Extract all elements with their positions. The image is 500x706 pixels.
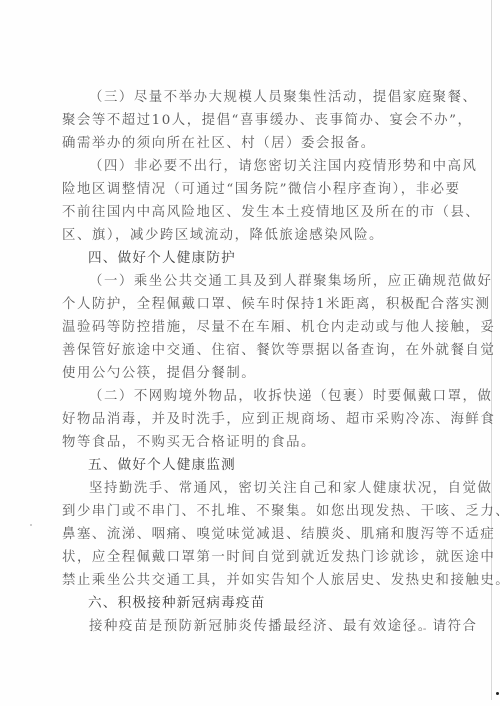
paragraph-line: 鼻塞、流涕、咽痛、嗅觉味觉减退、结膜炎、肌痛和腹泻等不适症 bbox=[62, 523, 450, 546]
paragraph-line: 使用公勺公筷，提倡分餐制。 bbox=[62, 362, 450, 385]
paragraph-line: （一）乘坐公共交通工具及到人群聚集场所，应正确规范做好 bbox=[62, 270, 450, 293]
paragraph-line: 确需举办的须向所在社区、村（居）委会报备。 bbox=[62, 132, 450, 155]
paragraph-line: 温验码等防控措施，尽量不在车厢、机仓内走动或与他人接触，妥 bbox=[62, 316, 450, 339]
paragraph-line: 到少串门或不串门、不扎堆、不聚集。如您出现发热、干咳、乏力、 bbox=[62, 500, 450, 523]
paragraph-line: 好物品消毒，并及时洗手，应到正规商场、超市采购冷冻、海鲜食 bbox=[62, 408, 450, 431]
section-heading: 四、做好个人健康防护 bbox=[62, 247, 450, 270]
document-page: （三）尽量不举办大规模人员聚集性活动，提倡家庭聚餐、 聚会等不超过10人，提倡“… bbox=[0, 0, 500, 706]
paragraph-line: 物等食品，不购买无合格证明的食品。 bbox=[62, 431, 450, 454]
paragraph-line: 善保管好旅途中交通、住宿、餐饮等票据以备查询，在外就餐自觉 bbox=[62, 339, 450, 362]
section-heading: 五、做好个人健康监测 bbox=[62, 454, 450, 477]
page-number: - 3 - bbox=[393, 622, 429, 635]
paragraph-line: 险地区调整情况（可通过“国务院”微信小程序查询），非必要 bbox=[62, 178, 450, 201]
document-body: （三）尽量不举办大规模人员聚集性活动，提倡家庭聚餐、 聚会等不超过10人，提倡“… bbox=[62, 86, 450, 638]
paragraph-line: （二）不网购境外物品，收拆快递（包裹）时要佩戴口罩，做 bbox=[62, 385, 450, 408]
paragraph-line: 坚持勤洗手、常通风，密切关注自己和家人健康状况，自觉做 bbox=[62, 477, 450, 500]
paragraph-line: 接种疫苗是预防新冠肺炎传播最经济、最有效途径。请符合 bbox=[62, 615, 450, 638]
paragraph-line: 禁止乘坐公共交通工具，并如实告知个人旅居史、发热史和接触史。 bbox=[62, 569, 450, 592]
section-heading: 六、积极接种新冠病毒疫苗 bbox=[62, 592, 450, 615]
paragraph-line: （三）尽量不举办大规模人员聚集性活动，提倡家庭聚餐、 bbox=[62, 86, 450, 109]
paragraph-line: 不前往国内中高风险地区、发生本土疫情地区及所在的市（县、 bbox=[62, 201, 450, 224]
paragraph-line: 个人防护，全程佩戴口罩、候车时保持1米距离，积极配合落实测 bbox=[62, 293, 450, 316]
scan-speck bbox=[30, 524, 32, 526]
paragraph-line: 聚会等不超过10人，提倡“喜事缓办、丧事简办、宴会不办”， bbox=[62, 109, 450, 132]
paragraph-line: （四）非必要不出行，请您密切关注国内疫情形势和中高风 bbox=[62, 155, 450, 178]
paragraph-line: 区、旗），减少跨区域流动，降低旅途感染风险。 bbox=[62, 224, 450, 247]
paragraph-line: 状，应全程佩戴口罩第一时间自觉到就近发热门诊就诊，就医途中 bbox=[62, 546, 450, 569]
scan-speck bbox=[496, 692, 499, 695]
